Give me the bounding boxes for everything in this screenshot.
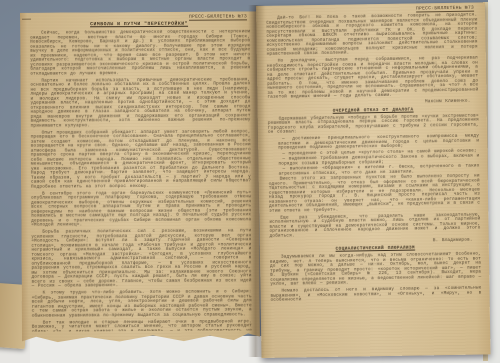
text-block-para: Немало досталось от него и видимому слов…: [270, 286, 481, 303]
right-page: ПРЕСС-БЮЛЛЕТЕНЬ №73 Дай-то Бог! Но пока …: [256, 2, 491, 358]
left-page: ПРЕСС-БЮЛЛЕТЕНЬ №73 СИМВОЛЫ И ПУТЧИ "ПЕР…: [20, 11, 260, 342]
left-page-title: СИМВОЛЫ И ПУТЧИ "ПЕРЕСТРОЙКИ": [28, 21, 250, 27]
page-corner-mark: [22, 19, 31, 20]
text-block-para: К этому трудно что-либо добавить. Хотя м…: [32, 290, 252, 318]
right-page-body: Дай-то Бог! Но пока о такой возможности …: [256, 2, 490, 352]
text-block-para: Сейчас, когда большинство демократическо…: [30, 30, 250, 76]
text-block-para: Борьба различных политических сил с резо…: [31, 229, 251, 289]
text-block-para: Вместо этого из запрошенных пунктов не б…: [269, 175, 481, 214]
text-block-signature: Максим Клименко.: [268, 100, 479, 108]
under-sheet-edge: [488, 0, 500, 363]
text-block-para: Дай-то Бог! Но пока о такой возможности …: [266, 14, 478, 58]
text-block-para: Задумываемся ли мы когда-нибудь над этим…: [270, 252, 481, 287]
text-block-signature: В. Владимиров.: [270, 238, 481, 246]
text-block-para: Партия начинает использовать привычные д…: [30, 78, 250, 129]
text-block-para: Но докладчик, выступая перед собравшимис…: [267, 57, 479, 101]
scanned-bulletin-spread: ПРЕСС-БЮЛЛЕТЕНЬ №73 СИМВОЛЫ И ПУТЧИ "ПЕР…: [0, 0, 500, 363]
text-block-para: Опыт прошедших собраний убеждает: аппара…: [31, 130, 251, 190]
text-block-para: Еще раз убеждаемся, что разделить наши з…: [269, 213, 480, 239]
text-block-para: Вот так молодые и старые ленинцы набираю…: [32, 320, 252, 332]
left-page-body: Сейчас, когда большинство демократическо…: [20, 28, 260, 331]
text-block-para: Одержавшая убедительную «победу» в борьб…: [268, 114, 479, 135]
text-block-para: В сентябре этого года орган барнаульских…: [31, 191, 251, 228]
left-page-header: ПРЕСС-БЮЛЛЕТЕНЬ №73: [189, 14, 247, 20]
